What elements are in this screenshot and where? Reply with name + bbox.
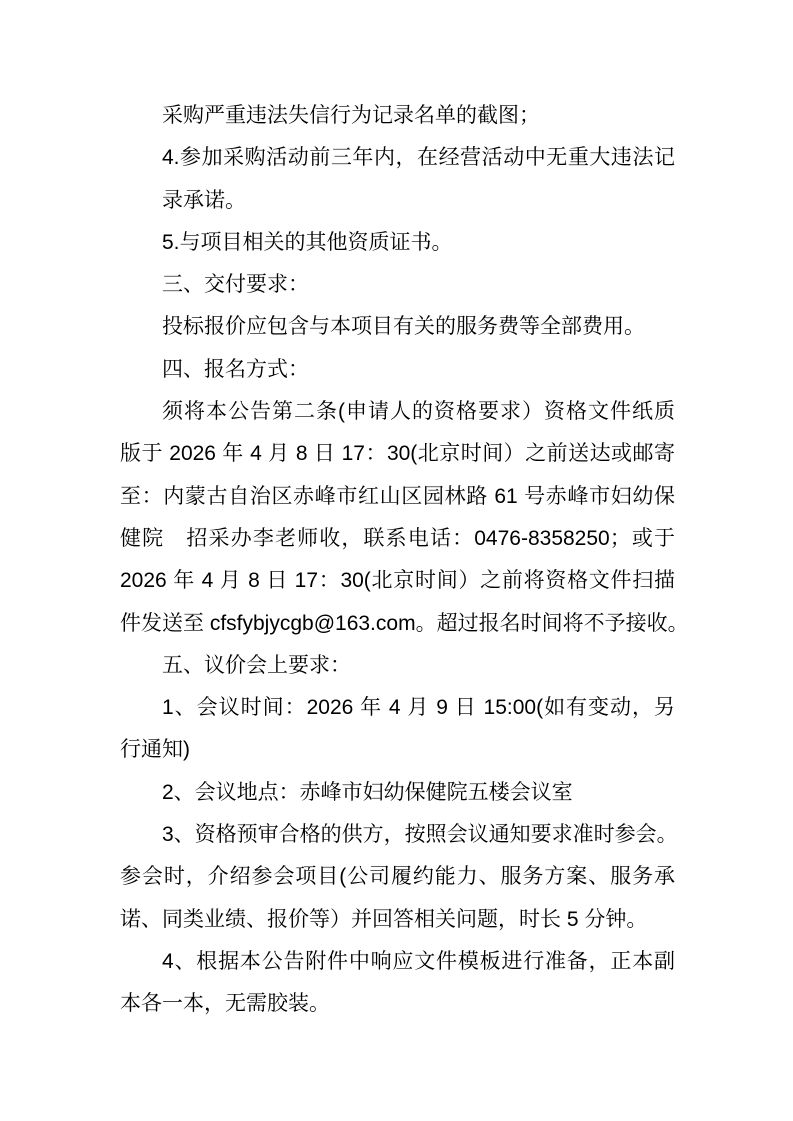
section-heading: 四、报名方式： <box>162 349 675 391</box>
text-line: 须将本公告第二条(申请人的资格要求）资格文件纸质 <box>162 391 675 433</box>
text-line: 5.与项目相关的其他资质证书。 <box>162 222 675 264</box>
text-line: 参会时，介绍参会项目(公司履约能力、服务方案、服务承 <box>120 856 675 898</box>
text-line: 录承诺。 <box>162 180 675 222</box>
text-line: 版于 2026 年 4 月 8 日 17：30(北京时间）之前送达或邮寄 <box>120 433 675 475</box>
section-heading: 五、议价会上要求： <box>162 645 675 687</box>
text-line: 本各一本，无需胶装。 <box>120 983 675 1025</box>
text-line: 投标报价应包含与本项目有关的服务费等全部费用。 <box>162 306 675 348</box>
document-page: 采购严重违法失信行为记录名单的截图； 4.参加采购活动前三年内，在经营活动中无重… <box>0 0 793 1121</box>
text-line: 4.参加采购活动前三年内，在经营活动中无重大违法记 <box>162 137 675 179</box>
text-line: 2、会议地点：赤峰市妇幼保健院五楼会议室 <box>162 772 675 814</box>
text-line: 3、资格预审合格的供方，按照会议通知要求准时参会。 <box>162 814 675 856</box>
text-line: 至：内蒙古自治区赤峰市红山区园林路 61 号赤峰市妇幼保 <box>120 476 675 518</box>
text-line: 诺、同类业绩、报价等）并回答相关问题，时长 5 分钟。 <box>120 899 675 941</box>
text-line: 件发送至 cfsfybjycgb@163.com。超过报名时间将不予接收。 <box>120 603 675 645</box>
text-line: 2026 年 4 月 8 日 17：30(北京时间）之前将资格文件扫描 <box>120 560 675 602</box>
text-line: 健院 招采办李老师收，联系电话：0476-8358250；或于 <box>120 518 675 560</box>
section-heading: 三、交付要求： <box>162 264 675 306</box>
text-line: 行通知) <box>120 729 675 771</box>
text-line: 采购严重违法失信行为记录名单的截图； <box>162 95 675 137</box>
text-line: 4、根据本公告附件中响应文件模板进行准备，正本副 <box>162 941 675 983</box>
text-line: 1、会议时间：2026 年 4 月 9 日 15:00(如有变动，另 <box>162 687 675 729</box>
